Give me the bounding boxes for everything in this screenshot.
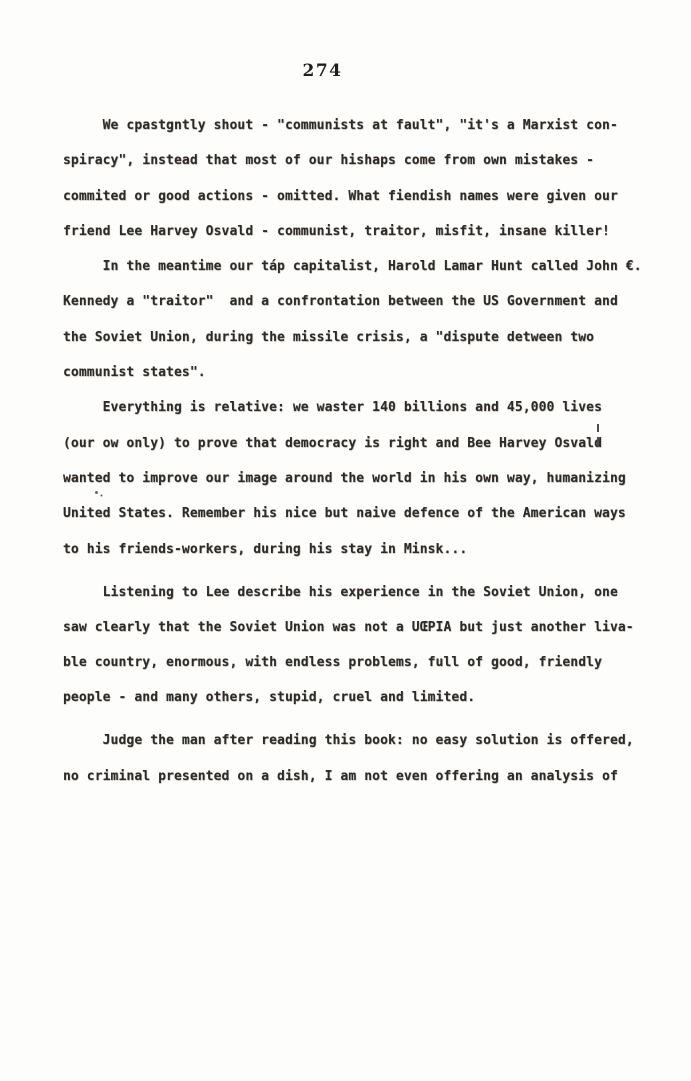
text-line: saw clearly that the Soviet Union was no… (63, 610, 663, 645)
paragraph: We cpastgntly shout - "communists at fau… (63, 108, 663, 249)
text-line: Listening to Lee describe his experience… (63, 575, 663, 610)
page-number: 274 (0, 61, 668, 81)
text-line: to his friends-workers, during his stay … (63, 532, 663, 567)
text-line: spiracy", instead that most of our hisha… (63, 143, 663, 178)
text-line: commited or good actions - omitted. What… (63, 179, 663, 214)
text-line: the Soviet Union, during the missile cri… (63, 320, 663, 355)
text-line: people - and many others, stupid, cruel … (63, 680, 663, 715)
paragraph: Judge the man after reading this book: n… (63, 723, 663, 794)
text-line: ble country, enormous, with endless prob… (63, 645, 663, 680)
text-line: Everything is relative: we waster 140 bi… (63, 390, 663, 425)
text-line: In the meantime our táp capitalist, Haro… (63, 249, 663, 284)
scan-artifact-tick (597, 424, 599, 450)
text-line: Kennedy a "traitor" and a confrontation … (63, 284, 663, 319)
text-line: no criminal presented on a dish, I am no… (63, 759, 663, 794)
paragraph: Listening to Lee describe his experience… (63, 575, 663, 716)
document-page: 274 We cpastgntly shout - "communists at… (0, 0, 691, 1081)
scan-artifact-dot (95, 491, 98, 494)
text-line: friend Lee Harvey Osvald - communist, tr… (63, 214, 663, 249)
typewritten-text-block: We cpastgntly shout - "communists at fau… (63, 108, 663, 794)
paragraph: Everything is relative: we waster 140 bi… (63, 390, 663, 566)
text-line: wanted to improve our image around the w… (63, 461, 663, 496)
text-line: We cpastgntly shout - "communists at fau… (63, 108, 663, 143)
text-line: (our ow only) to prove that democracy is… (63, 426, 663, 461)
text-line: communist states". (63, 355, 663, 390)
text-line: United States. Remember his nice but nai… (63, 496, 663, 531)
paragraph: In the meantime our táp capitalist, Haro… (63, 249, 663, 390)
text-line: Judge the man after reading this book: n… (63, 723, 663, 758)
